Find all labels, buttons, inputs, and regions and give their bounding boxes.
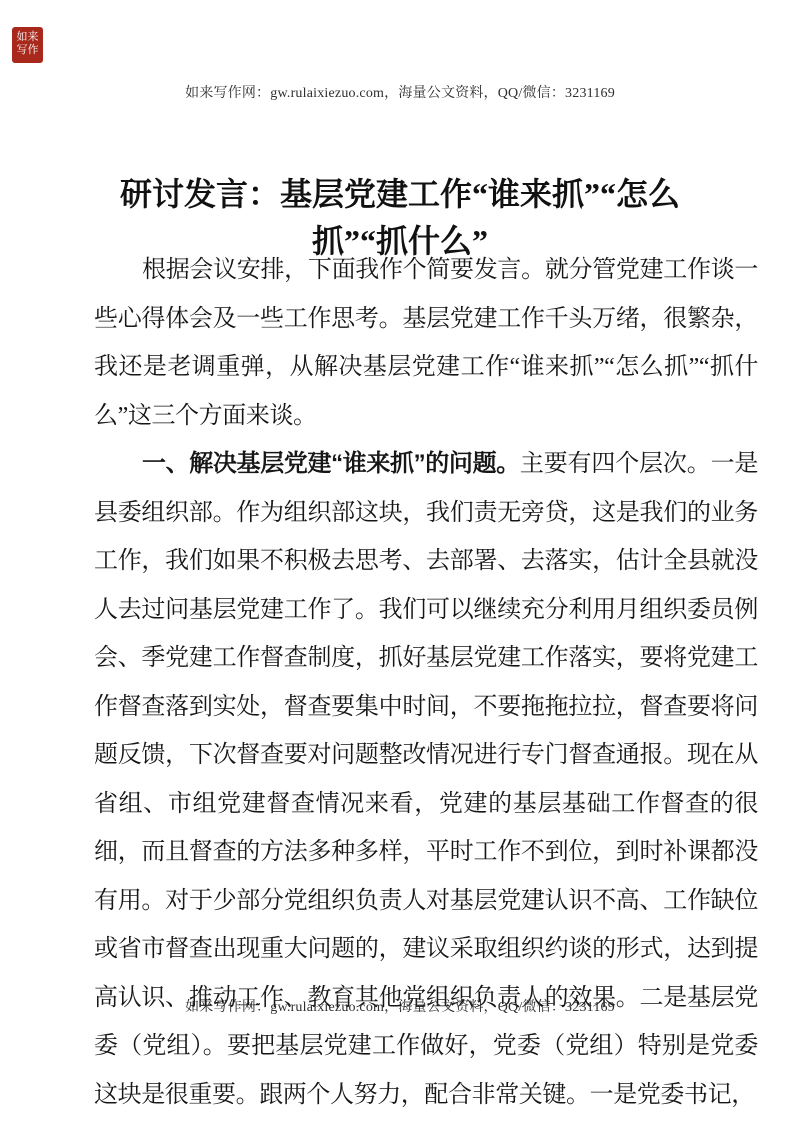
- paragraph-intro: 根据会议安排，下面我作个简要发言。就分管党建工作谈一些心得体会及一些工作思考。基…: [94, 246, 758, 440]
- paragraph-section-one: 一、解决基层党建“谁来抓”的问题。主要有四个层次。一是县委组织部。作为组织部这块…: [94, 440, 758, 1119]
- header-watermark: 如来写作网：gw.rulaixiezuo.com，海量公文资料，QQ/微信：32…: [0, 82, 800, 102]
- document-title-line-1: 研讨发言：基层党建工作“谁来抓”“怎么: [0, 171, 800, 218]
- footer-watermark: 如来写作网：gw.rulaixiezuo.com，海量公文资料，QQ/微信：32…: [0, 996, 800, 1016]
- rulaixiezuo-seal-icon: 如来写作: [12, 27, 43, 63]
- paragraph-intro-text: 根据会议安排，下面我作个简要发言。就分管党建工作谈一些心得体会及一些工作思考。基…: [94, 257, 758, 429]
- document-page: 如来写作 如来写作网：gw.rulaixiezuo.com，海量公文资料，QQ/…: [0, 0, 800, 1131]
- document-body: 根据会议安排，下面我作个简要发言。就分管党建工作谈一些心得体会及一些工作思考。基…: [94, 246, 758, 1119]
- section-one-heading: 一、解决基层党建“谁来抓”的问题。: [142, 450, 520, 477]
